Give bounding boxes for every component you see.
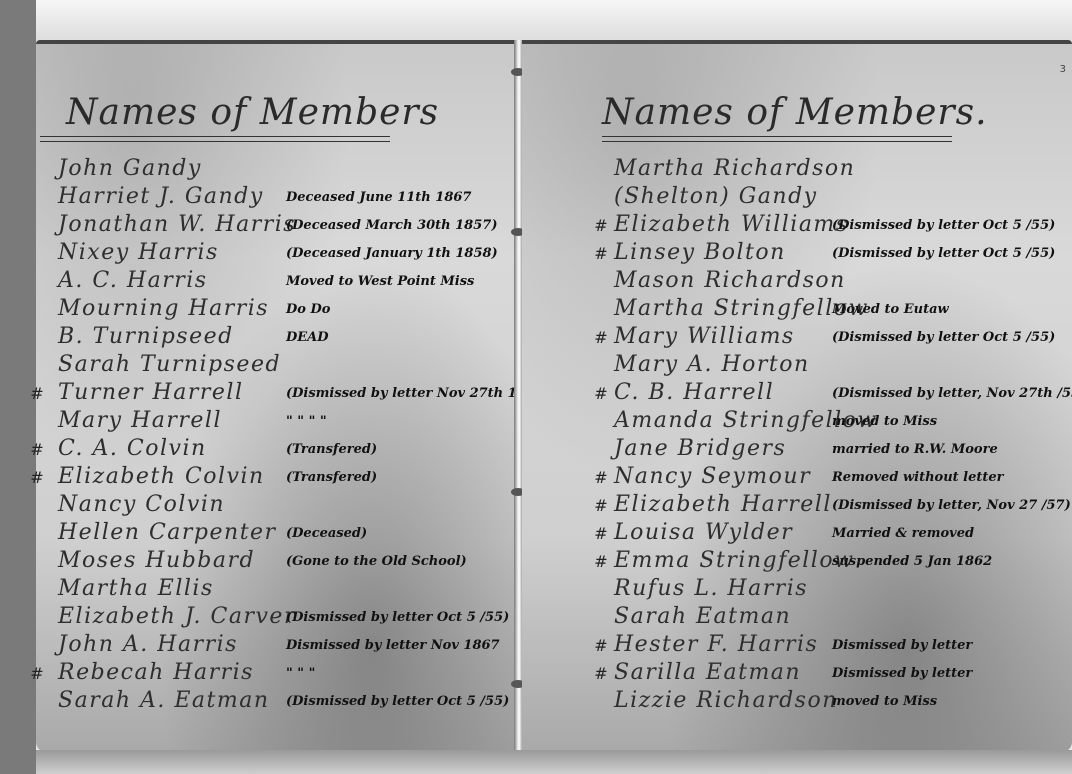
member-entry: #Hester F. HarrisDismissed by letter bbox=[522, 632, 1072, 660]
member-name: Hellen Carpenter bbox=[58, 520, 277, 545]
member-name: B. Turnipseed bbox=[58, 324, 234, 349]
member-entry: #Nancy SeymourRemoved without letter bbox=[522, 464, 1072, 492]
member-entry: Lizzie Richardsonmoved to Miss bbox=[522, 688, 1072, 716]
member-name: John Gandy bbox=[58, 156, 202, 181]
right-page: 3 Names of Members. Martha Richardson(Sh… bbox=[522, 40, 1072, 752]
member-status-note: Married & removed bbox=[832, 526, 974, 541]
member-name: Sarah A. Eatman bbox=[58, 688, 270, 713]
member-status-note: (Transfered) bbox=[286, 470, 377, 485]
member-name: C. B. Harrell bbox=[614, 380, 774, 405]
hash-mark-icon: # bbox=[592, 328, 610, 347]
member-name: Elizabeth Colvin bbox=[58, 464, 265, 489]
member-entry: #Rebecah Harris" " " bbox=[36, 660, 516, 688]
member-entry: B. TurnipseedDEAD bbox=[36, 324, 516, 352]
member-status-note: (Dismissed by letter Oct 5 /55) bbox=[832, 330, 1055, 345]
right-member-list: Martha Richardson(Shelton) Gandy#Elizabe… bbox=[522, 156, 1072, 716]
right-page-heading: Names of Members. bbox=[602, 92, 988, 133]
member-status-note: (Transfered) bbox=[286, 442, 377, 457]
member-status-note: Removed without letter bbox=[832, 470, 1004, 485]
member-name: Sarilla Eatman bbox=[614, 660, 801, 685]
member-name: Sarah Eatman bbox=[614, 604, 791, 629]
member-status-note: Moved to West Point Miss bbox=[286, 274, 474, 289]
member-name: Sarah Turnipseed bbox=[58, 352, 281, 377]
member-entry: #Elizabeth Harrell(Dismissed by letter, … bbox=[522, 492, 1072, 520]
member-name: Mourning Harris bbox=[58, 296, 269, 321]
member-entry: #Turner Harrell(Dismissed by letter Nov … bbox=[36, 380, 516, 408]
member-entry: Martha StringfellowMoved to Eutaw bbox=[522, 296, 1072, 324]
member-entry: (Shelton) Gandy bbox=[522, 184, 1072, 212]
left-member-list: John GandyHarriet J. GandyDeceased June … bbox=[36, 156, 516, 716]
heading-underline bbox=[602, 136, 952, 142]
member-name: Nancy Seymour bbox=[614, 464, 811, 489]
member-status-note: (Dismissed by letter Oct 5 /55) bbox=[286, 610, 509, 625]
member-entry: #C. B. Harrell(Dismissed by letter, Nov … bbox=[522, 380, 1072, 408]
member-name: Jonathan W. Harris bbox=[58, 212, 296, 237]
page-number: 3 bbox=[1060, 64, 1066, 75]
hash-mark-icon: # bbox=[592, 552, 610, 571]
member-entry: #Mary Williams(Dismissed by letter Oct 5… bbox=[522, 324, 1072, 352]
member-name: John A. Harris bbox=[58, 632, 238, 657]
member-name: C. A. Colvin bbox=[58, 436, 207, 461]
member-name: Rufus L. Harris bbox=[614, 576, 808, 601]
member-entry: Nancy Colvin bbox=[36, 492, 516, 520]
member-name: Jane Bridgers bbox=[614, 436, 786, 461]
member-status-note: " " " " bbox=[286, 414, 327, 429]
member-entry: #C. A. Colvin(Transfered) bbox=[36, 436, 516, 464]
member-entry: Mary A. Horton bbox=[522, 352, 1072, 380]
hash-mark-icon: # bbox=[28, 468, 46, 487]
member-entry: Sarah Eatman bbox=[522, 604, 1072, 632]
member-entry: Sarah A. Eatman(Dismissed by letter Oct … bbox=[36, 688, 516, 716]
member-name: Mason Richardson bbox=[614, 268, 846, 293]
member-name: Louisa Wylder bbox=[614, 520, 793, 545]
member-name: Elizabeth Harrell bbox=[614, 492, 832, 517]
member-name: Martha Ellis bbox=[58, 576, 214, 601]
member-entry: Mason Richardson bbox=[522, 268, 1072, 296]
member-status-note: (Dismissed by letter, Nov 27th /55) bbox=[832, 386, 1072, 401]
left-page-heading: Names of Members bbox=[66, 92, 439, 133]
member-status-note: (Gone to the Old School) bbox=[286, 554, 467, 569]
member-status-note: suspended 5 Jan 1862 bbox=[832, 554, 992, 569]
member-name: Elizabeth J. Carver bbox=[58, 604, 296, 629]
heading-underline bbox=[40, 136, 390, 142]
hash-mark-icon: # bbox=[592, 468, 610, 487]
member-status-note: married to R.W. Moore bbox=[832, 442, 998, 457]
member-name: Elizabeth Williams bbox=[614, 212, 849, 237]
member-entry: #Linsey Bolton(Dismissed by letter Oct 5… bbox=[522, 240, 1072, 268]
member-name: Hester F. Harris bbox=[614, 632, 818, 657]
hash-mark-icon: # bbox=[592, 496, 610, 515]
member-entry: A. C. HarrisMoved to West Point Miss bbox=[36, 268, 516, 296]
member-name: Turner Harrell bbox=[58, 380, 243, 405]
member-name: Emma Stringfellow bbox=[614, 548, 854, 573]
member-status-note: Dismissed by letter bbox=[832, 666, 972, 681]
member-entry: Amanda Stringfellowmoved to Miss bbox=[522, 408, 1072, 436]
member-status-note: (Dismissed by letter Oct 5 /55) bbox=[286, 694, 509, 709]
member-entry: Jane Bridgersmarried to R.W. Moore bbox=[522, 436, 1072, 464]
member-entry: Rufus L. Harris bbox=[522, 576, 1072, 604]
member-status-note: (Deceased March 30th 1857) bbox=[286, 218, 497, 233]
member-entry: Moses Hubbard(Gone to the Old School) bbox=[36, 548, 516, 576]
member-name: Moses Hubbard bbox=[58, 548, 255, 573]
hash-mark-icon: # bbox=[592, 216, 610, 235]
hash-mark-icon: # bbox=[592, 524, 610, 543]
member-status-note: DEAD bbox=[286, 330, 329, 345]
hash-mark-icon: # bbox=[592, 244, 610, 263]
member-name: Rebecah Harris bbox=[58, 660, 254, 685]
member-entry: #Sarilla EatmanDismissed by letter bbox=[522, 660, 1072, 688]
member-name: Martha Richardson bbox=[614, 156, 855, 181]
member-name: Mary Harrell bbox=[58, 408, 222, 433]
member-name: A. C. Harris bbox=[58, 268, 208, 293]
member-status-note: moved to Miss bbox=[832, 414, 937, 429]
member-entry: #Elizabeth Colvin(Transfered) bbox=[36, 464, 516, 492]
member-name: (Shelton) Gandy bbox=[614, 184, 818, 209]
hash-mark-icon: # bbox=[592, 636, 610, 655]
member-status-note: Do Do bbox=[286, 302, 330, 317]
hash-mark-icon: # bbox=[28, 384, 46, 403]
member-entry: Harriet J. GandyDeceased June 11th 1867 bbox=[36, 184, 516, 212]
member-name: Lizzie Richardson bbox=[614, 688, 838, 713]
member-status-note: (Deceased) bbox=[286, 526, 367, 541]
member-name: Mary Williams bbox=[614, 324, 795, 349]
member-entry: Martha Ellis bbox=[36, 576, 516, 604]
scan-top-margin bbox=[36, 0, 1072, 42]
member-entry: John A. HarrisDismissed by letter Nov 18… bbox=[36, 632, 516, 660]
member-entry: #Louisa WylderMarried & removed bbox=[522, 520, 1072, 548]
member-name: Nixey Harris bbox=[58, 240, 219, 265]
member-entry: John Gandy bbox=[36, 156, 516, 184]
member-name: Linsey Bolton bbox=[614, 240, 786, 265]
member-status-note: (Dismissed by letter Oct 5 /55) bbox=[832, 218, 1055, 233]
member-status-note: Dismissed by letter bbox=[832, 638, 972, 653]
left-page: Names of Members John GandyHarriet J. Ga… bbox=[36, 40, 516, 752]
member-status-note: " " " bbox=[286, 666, 315, 681]
hash-mark-icon: # bbox=[592, 664, 610, 683]
member-entry: Mourning HarrisDo Do bbox=[36, 296, 516, 324]
member-status-note: moved to Miss bbox=[832, 694, 937, 709]
member-name: Harriet J. Gandy bbox=[58, 184, 264, 209]
member-entry: Mary Harrell" " " " bbox=[36, 408, 516, 436]
scan-bottom-margin bbox=[36, 750, 1072, 774]
hash-mark-icon: # bbox=[592, 384, 610, 403]
member-status-note: (Dismissed by letter Nov 27th 1856) bbox=[286, 386, 550, 401]
member-entry: Elizabeth J. Carver(Dismissed by letter … bbox=[36, 604, 516, 632]
member-entry: Jonathan W. Harris(Deceased March 30th 1… bbox=[36, 212, 516, 240]
member-status-note: Deceased June 11th 1867 bbox=[286, 190, 471, 205]
member-entry: #Elizabeth Williams(Dismissed by letter … bbox=[522, 212, 1072, 240]
hash-mark-icon: # bbox=[28, 664, 46, 683]
member-name: Nancy Colvin bbox=[58, 492, 225, 517]
member-status-note: (Deceased January 1th 1858) bbox=[286, 246, 498, 261]
member-entry: Hellen Carpenter(Deceased) bbox=[36, 520, 516, 548]
member-entry: #Emma Stringfellowsuspended 5 Jan 1862 bbox=[522, 548, 1072, 576]
hash-mark-icon: # bbox=[28, 440, 46, 459]
member-status-note: (Dismissed by letter Oct 5 /55) bbox=[832, 246, 1055, 261]
member-status-note: Dismissed by letter Nov 1867 bbox=[286, 638, 500, 653]
member-name: Martha Stringfellow bbox=[614, 296, 869, 321]
member-name: Mary A. Horton bbox=[614, 352, 810, 377]
member-status-note: Moved to Eutaw bbox=[832, 302, 949, 317]
member-entry: Sarah Turnipseed bbox=[36, 352, 516, 380]
member-entry: Martha Richardson bbox=[522, 156, 1072, 184]
member-status-note: (Dismissed by letter, Nov 27 /57) bbox=[832, 498, 1071, 513]
member-entry: Nixey Harris(Deceased January 1th 1858) bbox=[36, 240, 516, 268]
